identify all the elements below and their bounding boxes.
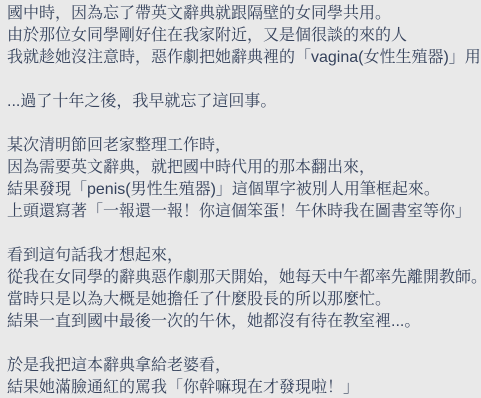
text-line: 從我在女同學的辭典惡作劇那天開始，她每天中午都率先離開教師。	[7, 267, 477, 289]
text-line: 因為需要英文辭典，就把國中時代用的那本翻出來，	[7, 157, 477, 179]
story-page: 國中時，因為忘了帶英文辭典就跟隔壁的女同學共用。 由於那位女同學剛好住在我家附近…	[0, 0, 481, 398]
text-line: 當時只是以為大概是她擔任了什麼股長的所以那麼忙。	[7, 289, 477, 311]
text-line: ...過了十年之後，我早就忘了這回事。	[7, 91, 477, 113]
paragraph-5: 於是我把這本辭典拿給老婆看， 結果她滿臉通紅的罵我「你幹嘛現在才發現啦！」	[7, 355, 477, 398]
text-line: 看到這句話我才想起來，	[7, 245, 477, 267]
paragraph-4: 看到這句話我才想起來， 從我在女同學的辭典惡作劇那天開始，她每天中午都率先離開教…	[7, 245, 477, 333]
paragraph-2: ...過了十年之後，我早就忘了這回事。	[7, 91, 477, 113]
paragraph-1: 國中時，因為忘了帶英文辭典就跟隔壁的女同學共用。 由於那位女同學剛好住在我家附近…	[7, 3, 477, 69]
text-line: 結果她滿臉通紅的罵我「你幹嘛現在才發現啦！」	[7, 377, 477, 398]
text-line: 結果發現「penis(男性生殖器)」這個單字被別人用筆框起來。	[7, 179, 477, 201]
text-line: 於是我把這本辭典拿給老婆看，	[7, 355, 477, 377]
paragraph-3: 某次清明節回老家整理工作時， 因為需要英文辭典，就把國中時代用的那本翻出來， 結…	[7, 135, 477, 223]
text-line: 某次清明節回老家整理工作時，	[7, 135, 477, 157]
text-line: 結果一直到國中最後一次的午休，她都沒有待在教室裡...。	[7, 311, 477, 333]
text-line: 我就趁她沒注意時，惡作劇把她辭典裡的「vagina(女性生殖器)」用筆框起來。	[7, 47, 477, 69]
text-line: 上頭還寫著「一報還一報！你這個笨蛋！午休時我在圖書室等你」	[7, 201, 477, 223]
text-line: 由於那位女同學剛好住在我家附近，又是個很談的來的人	[7, 25, 477, 47]
text-line: 國中時，因為忘了帶英文辭典就跟隔壁的女同學共用。	[7, 3, 477, 25]
